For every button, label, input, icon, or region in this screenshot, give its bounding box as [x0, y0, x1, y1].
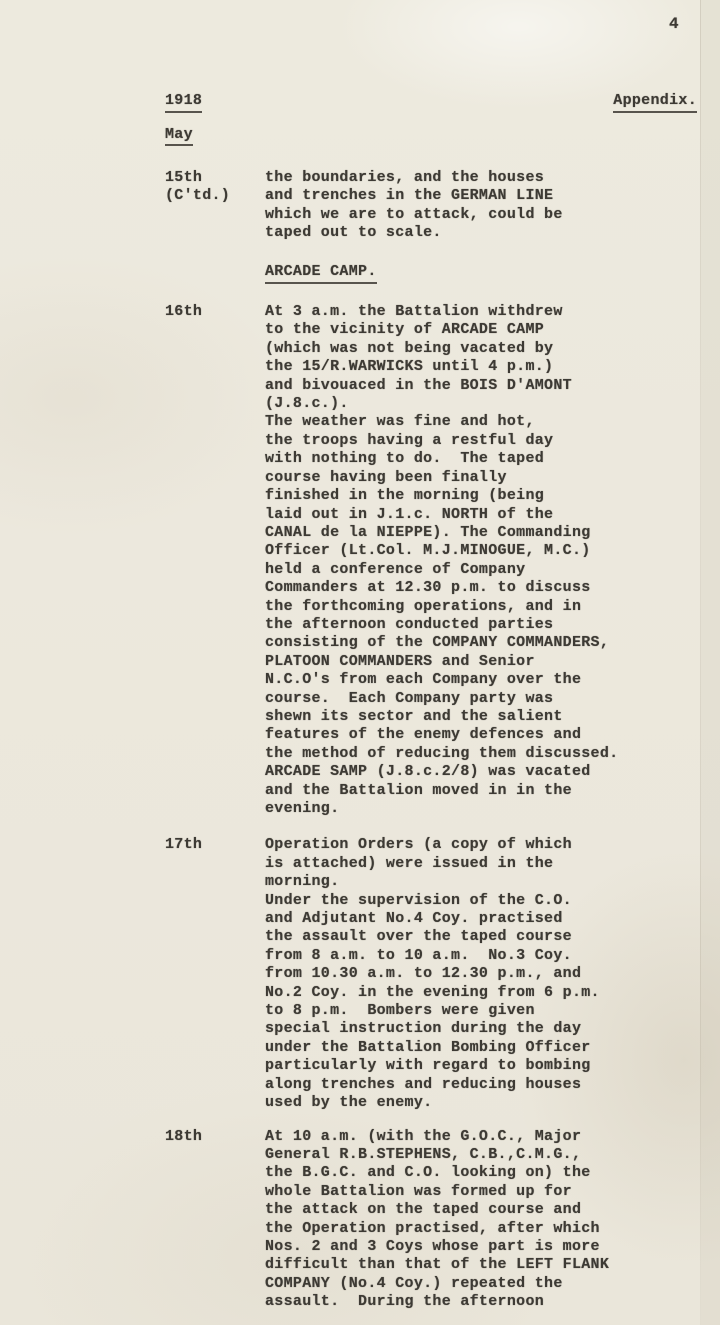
- entry-line: and the Battalion moved in in the: [265, 782, 665, 800]
- entry-line: Officer (Lt.Col. M.J.MINOGUE, M.C.): [265, 542, 665, 560]
- entry-line: The weather was fine and hot,: [265, 413, 665, 431]
- entry-line: difficult than that of the LEFT FLANK: [265, 1256, 665, 1274]
- entry-line: under the Battalion Bombing Officer: [265, 1039, 665, 1057]
- entry-line: Under the supervision of the C.O.: [265, 892, 665, 910]
- entry-line: General R.B.STEPHENS, C.B.,C.M.G.,: [265, 1146, 665, 1164]
- entry-line: laid out in J.1.c. NORTH of the: [265, 506, 665, 524]
- entry-line: course having been finally: [265, 469, 665, 487]
- entry-line: morning.: [265, 873, 665, 891]
- entry-line: Operation Orders (a copy of which: [265, 836, 665, 854]
- entry-line: ARCADE SAMP (J.8.c.2/8) was vacated: [265, 763, 665, 781]
- entry-line: and Adjutant No.4 Coy. practised: [265, 910, 665, 928]
- entry-line: finished in the morning (being: [265, 487, 665, 505]
- entry-line: the B.G.C. and C.O. looking on) the: [265, 1164, 665, 1182]
- entry-line: Commanders at 12.30 p.m. to discuss: [265, 579, 665, 597]
- entry-line: the 15/R.WARWICKS until 4 p.m.): [265, 358, 665, 376]
- entry-line: the assault over the taped course: [265, 928, 665, 946]
- diary-entries: 15th(C'td.)the boundaries, and the house…: [165, 169, 665, 1312]
- entry-line: taped out to scale.: [265, 224, 665, 242]
- entry-line: shewn its sector and the salient: [265, 708, 665, 726]
- scanned-document-page: 4 1918 Appendix. May 15th(C'td.)the boun…: [0, 0, 720, 1325]
- entry-line: At 10 a.m. (with the G.O.C., Major: [265, 1128, 665, 1146]
- entry-line: the forthcoming operations, and in: [265, 598, 665, 616]
- month-heading-wrap: May: [165, 126, 193, 144]
- entry-line: N.C.O's from each Company over the: [265, 671, 665, 689]
- entry-line: consisting of the COMPANY COMMANDERS,: [265, 634, 665, 652]
- entry-line: which we are to attack, could be: [265, 206, 665, 224]
- appendix-heading: Appendix.: [613, 92, 697, 113]
- page-number: 4: [669, 14, 679, 34]
- section-heading: ARCADE CAMP.: [265, 263, 377, 284]
- entry-body: At 3 a.m. the Battalion withdrewto the v…: [265, 303, 665, 818]
- entry-line: and trenches in the GERMAN LINE: [265, 187, 665, 205]
- entry-line: the Operation practised, after which: [265, 1220, 665, 1238]
- entry-line: (which was not being vacated by: [265, 340, 665, 358]
- entry-line: and bivouaced in the BOIS D'AMONT: [265, 377, 665, 395]
- entry-line: PLATOON COMMANDERS and Senior: [265, 653, 665, 671]
- entry-line: At 3 a.m. the Battalion withdrew: [265, 303, 665, 321]
- entry-line: features of the enemy defences and: [265, 726, 665, 744]
- entry-date: 17th: [165, 836, 265, 854]
- entry-date: 16th: [165, 303, 265, 321]
- entry-line: assault. During the afternoon: [265, 1293, 665, 1311]
- diary-entry: 17thOperation Orders (a copy of whichis …: [165, 836, 665, 1112]
- entry-line: COMPANY (No.4 Coy.) repeated the: [265, 1275, 665, 1293]
- entry-body: the boundaries, and the housesand trench…: [265, 169, 665, 243]
- entry-line: to 8 p.m. Bombers were given: [265, 1002, 665, 1020]
- entry-line: along trenches and reducing houses: [265, 1076, 665, 1094]
- entry-line: to the vicinity of ARCADE CAMP: [265, 321, 665, 339]
- diary-entry: 16thAt 3 a.m. the Battalion withdrewto t…: [165, 303, 665, 818]
- page-edge-shading: [701, 0, 720, 1325]
- entry-line: course. Each Company party was: [265, 690, 665, 708]
- entry-line: used by the enemy.: [265, 1094, 665, 1112]
- entry-line: the method of reducing them discussed.: [265, 745, 665, 763]
- entry-line: the boundaries, and the houses: [265, 169, 665, 187]
- document-header: 1918 Appendix.: [165, 92, 697, 113]
- diary-entry: 18thAt 10 a.m. (with the G.O.C., MajorGe…: [165, 1128, 665, 1312]
- entry-line: from 10.30 a.m. to 12.30 p.m., and: [265, 965, 665, 983]
- entry-body: Operation Orders (a copy of whichis atta…: [265, 836, 665, 1112]
- entry-line: the afternoon conducted parties: [265, 616, 665, 634]
- entry-date-note: (C'td.): [165, 187, 265, 205]
- month-heading: May: [165, 126, 193, 146]
- entry-line: CANAL de la NIEPPE). The Commanding: [265, 524, 665, 542]
- entry-line: from 8 a.m. to 10 a.m. No.3 Coy.: [265, 947, 665, 965]
- entry-line: (J.8.c.).: [265, 395, 665, 413]
- entry-date: 18th: [165, 1128, 265, 1146]
- year-heading: 1918: [165, 92, 202, 113]
- entry-line: evening.: [265, 800, 665, 818]
- entry-line: whole Battalion was formed up for: [265, 1183, 665, 1201]
- entry-line: the attack on the taped course and: [265, 1201, 665, 1219]
- entry-line: the troops having a restful day: [265, 432, 665, 450]
- entry-line: is attached) were issued in the: [265, 855, 665, 873]
- entry-line: with nothing to do. The taped: [265, 450, 665, 468]
- entry-body: At 10 a.m. (with the G.O.C., MajorGenera…: [265, 1128, 665, 1312]
- entry-line: Nos. 2 and 3 Coys whose part is more: [265, 1238, 665, 1256]
- entry-date: 15th: [165, 169, 265, 187]
- entry-line: held a conference of Company: [265, 561, 665, 579]
- entry-line: particularly with regard to bombing: [265, 1057, 665, 1075]
- entry-line: No.2 Coy. in the evening from 6 p.m.: [265, 984, 665, 1002]
- diary-entry: 15th(C'td.)the boundaries, and the house…: [165, 169, 665, 243]
- entry-line: special instruction during the day: [265, 1020, 665, 1038]
